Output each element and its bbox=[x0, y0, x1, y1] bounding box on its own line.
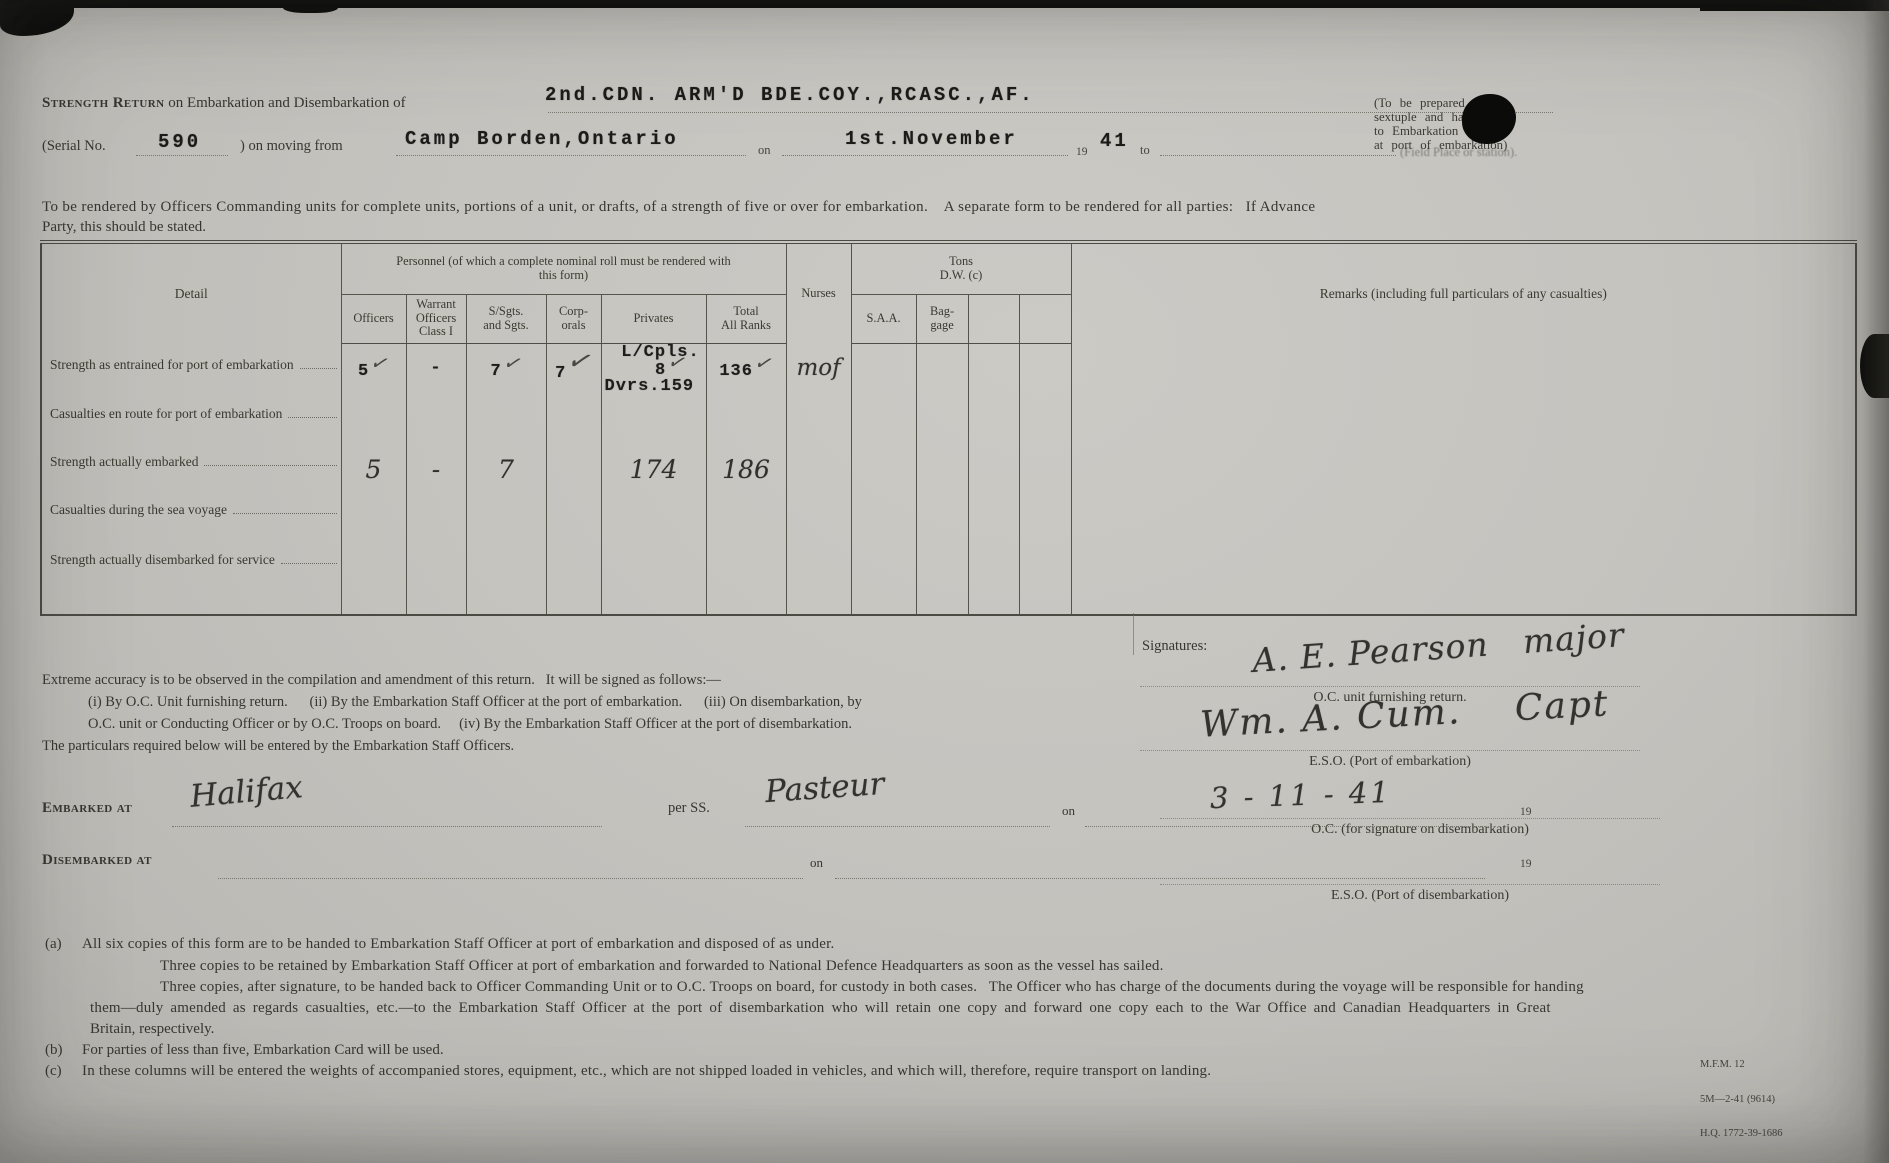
date-value: 1st.November bbox=[845, 128, 1018, 150]
cell-entrained-privates: L/Cpls. 8✓ Dvrs.159 bbox=[601, 343, 706, 393]
scan-corner-blob bbox=[0, 0, 74, 36]
col-header-saa: S.A.A. bbox=[851, 294, 916, 343]
row-label-actually-disembarked: Strength actually disembarked for servic… bbox=[41, 537, 341, 589]
form-id-line2: 5M—2-41 (9614) bbox=[1700, 1094, 1783, 1106]
accuracy-line1: Extreme accuracy is to be observed in th… bbox=[42, 672, 721, 689]
dotted-leader bbox=[300, 368, 337, 369]
row-label-entrained: Strength as entrained for port of embark… bbox=[41, 343, 341, 393]
footnote-c-text: In these columns will be entered the wei… bbox=[82, 1063, 1211, 1080]
year-preprint: 19 bbox=[1076, 146, 1088, 158]
accuracy-line3: O.C. unit or Conducting Officer or by O.… bbox=[88, 716, 852, 733]
moving-from-label: ) on moving from bbox=[240, 138, 343, 155]
pencil-check: ✓ bbox=[563, 344, 598, 378]
dotted-line bbox=[1085, 826, 1485, 827]
cell-entrained-saa bbox=[851, 343, 916, 393]
dotted-line bbox=[136, 155, 228, 156]
form-title-caps: Strength Return bbox=[42, 95, 164, 111]
from-place-value: Camp Borden,Ontario bbox=[405, 128, 679, 150]
col-header-blank2 bbox=[1019, 294, 1071, 343]
footnote-a-line4: them—duly amended as regards casualties,… bbox=[90, 1000, 1551, 1017]
cell-entrained-officers: 5✓ bbox=[341, 343, 406, 393]
col-header-privates: Privates bbox=[601, 294, 706, 343]
serial-value: 590 bbox=[158, 131, 201, 153]
dotted-line bbox=[745, 826, 1050, 827]
strength-table: Detail Personnel (of which a complete no… bbox=[40, 240, 1857, 616]
form-id-line1: M.F.M. 12 bbox=[1700, 1059, 1783, 1071]
disembarked-at-label: Disembarked at bbox=[42, 852, 152, 869]
pencil-check: ✓ bbox=[500, 350, 526, 376]
ship-name-value: Pasteur bbox=[764, 766, 886, 810]
cell-embarked-officers: 5 bbox=[341, 441, 406, 489]
row-label-casualties-en-route: Casualties en route for port of embarkat… bbox=[41, 393, 341, 441]
dotted-line bbox=[835, 878, 1485, 879]
signatures-divider bbox=[1133, 613, 1134, 655]
cell-entrained-wo: - bbox=[406, 343, 466, 393]
cell-entrained-remarks bbox=[1071, 343, 1856, 393]
embarked-place-value: Halifax bbox=[189, 769, 305, 815]
signatures-label: Signatures: bbox=[1142, 638, 1207, 655]
col-header-detail: Detail bbox=[41, 242, 341, 343]
dotted-line bbox=[1160, 155, 1396, 156]
per-ss-label: per SS. bbox=[668, 800, 710, 817]
to-label: to bbox=[1140, 143, 1150, 158]
accuracy-line2: (i) By O.C. Unit furnishing return. (ii)… bbox=[88, 694, 862, 711]
pencil-check: ✓ bbox=[751, 350, 777, 376]
form-title-rest: on Embarkation and Disembarkation of bbox=[164, 95, 405, 111]
signature-line bbox=[1160, 818, 1660, 819]
dotted-leader bbox=[204, 465, 336, 466]
col-header-officers: Officers bbox=[341, 294, 406, 343]
col-header-total-all-ranks: Total All Ranks bbox=[706, 294, 786, 343]
serial-label: (Serial No. bbox=[42, 138, 106, 155]
footnote-a-line3: Three copies, after signature, to be han… bbox=[160, 979, 1584, 996]
group-header-tons: Tons D.W. (c) bbox=[851, 242, 1071, 294]
embarked-date-value: 3 - 11 - 41 bbox=[1209, 775, 1392, 815]
scanned-form-page: Strength Return on Embarkation and Disem… bbox=[0, 0, 1889, 1163]
footnote-a-tag: (a) bbox=[45, 936, 62, 953]
on-label: on bbox=[758, 143, 771, 158]
col-header-remarks: Remarks (including full particulars of a… bbox=[1071, 242, 1856, 343]
dotted-line bbox=[218, 878, 803, 879]
disembarked-on-label: on bbox=[810, 855, 823, 871]
embarked-at-label: Embarked at bbox=[42, 800, 132, 817]
cell-embarked-privates: 174 bbox=[601, 441, 706, 489]
col-header-nurses: Nurses bbox=[786, 242, 851, 343]
dotted-line bbox=[172, 826, 602, 827]
dotted-leader bbox=[288, 417, 336, 418]
col-header-ssgts: S/Sgts. and Sgts. bbox=[466, 294, 546, 343]
footnote-a-line2: Three copies to be retained by Embarkati… bbox=[160, 958, 1164, 975]
col-header-baggage: Bag- gage bbox=[916, 294, 968, 343]
scan-edge-right-shade bbox=[1863, 0, 1889, 1163]
signature-oc-unit: A. E. Pearson major bbox=[1251, 615, 1626, 680]
cell-entrained-nurses: mof bbox=[786, 343, 851, 393]
render-note-line1: To be rendered by Officers Commanding un… bbox=[42, 199, 1315, 216]
dotted-line bbox=[782, 155, 1068, 156]
dotted-line bbox=[396, 155, 746, 156]
render-note-line2: Party, this should be stated. bbox=[42, 219, 206, 236]
disembarked-year-preprint: 19 bbox=[1520, 858, 1532, 870]
form-title: Strength Return on Embarkation and Disem… bbox=[42, 95, 406, 112]
col-header-blank1 bbox=[968, 294, 1019, 343]
cell-embarked-total: 186 bbox=[706, 441, 786, 489]
unit-value: 2nd.CDN. ARM'D BDE.COY.,RCASC.,AF. bbox=[545, 84, 1035, 106]
cell-embarked-wo: - bbox=[406, 441, 466, 489]
row-label-casualties-sea-voyage: Casualties during the sea voyage bbox=[41, 489, 341, 537]
embarked-year-preprint: 19 bbox=[1520, 806, 1532, 818]
accuracy-line4: The particulars required below will be e… bbox=[42, 738, 514, 755]
signature-line bbox=[1160, 884, 1660, 885]
scan-edge-top-right bbox=[1700, 0, 1889, 11]
footnote-b-text: For parties of less than five, Embarkati… bbox=[82, 1042, 444, 1059]
col-header-corporals: Corp- orals bbox=[546, 294, 601, 343]
footnote-c-tag: (c) bbox=[45, 1063, 62, 1080]
footnote-a-line1: All six copies of this form are to be ha… bbox=[82, 936, 834, 953]
group-header-personnel: Personnel (of which a complete nominal r… bbox=[341, 242, 786, 294]
cell-entrained-baggage bbox=[916, 343, 968, 393]
form-id-block: M.F.M. 12 5M—2-41 (9614) H.Q. 1772-39-16… bbox=[1700, 1036, 1783, 1163]
cell-entrained-corporals: 7✓ bbox=[546, 343, 601, 393]
dotted-leader bbox=[233, 513, 337, 514]
signature-line bbox=[1140, 750, 1640, 751]
year-value: 41 bbox=[1100, 130, 1129, 152]
pencil-check: ✓ bbox=[367, 350, 393, 376]
scan-edge-blip bbox=[283, 0, 338, 13]
footnote-a-line5: Britain, respectively. bbox=[90, 1021, 214, 1038]
embarked-on-label: on bbox=[1062, 803, 1075, 819]
cell-entrained-total: 136✓ bbox=[706, 343, 786, 393]
signature-caption-eso-embarkation: E.S.O. (Port of embarkation) bbox=[1140, 754, 1640, 770]
signature-caption-eso-disembarkation: E.S.O. (Port of disembarkation) bbox=[1160, 888, 1680, 904]
form-id-line3: H.Q. 1772-39-1686 bbox=[1700, 1128, 1783, 1140]
cell-embarked-ssgts: 7 bbox=[466, 441, 546, 489]
col-header-warrant-officers: Warrant Officers Class I bbox=[406, 294, 466, 343]
cell-entrained-ssgts: 7✓ bbox=[466, 343, 546, 393]
footnote-b-tag: (b) bbox=[45, 1042, 63, 1059]
signature-caption-oc-disembarkation: O.C. (for signature on disembarkation) bbox=[1160, 822, 1680, 838]
row-label-actually-embarked: Strength actually embarked bbox=[41, 441, 341, 489]
dotted-leader bbox=[281, 563, 337, 564]
